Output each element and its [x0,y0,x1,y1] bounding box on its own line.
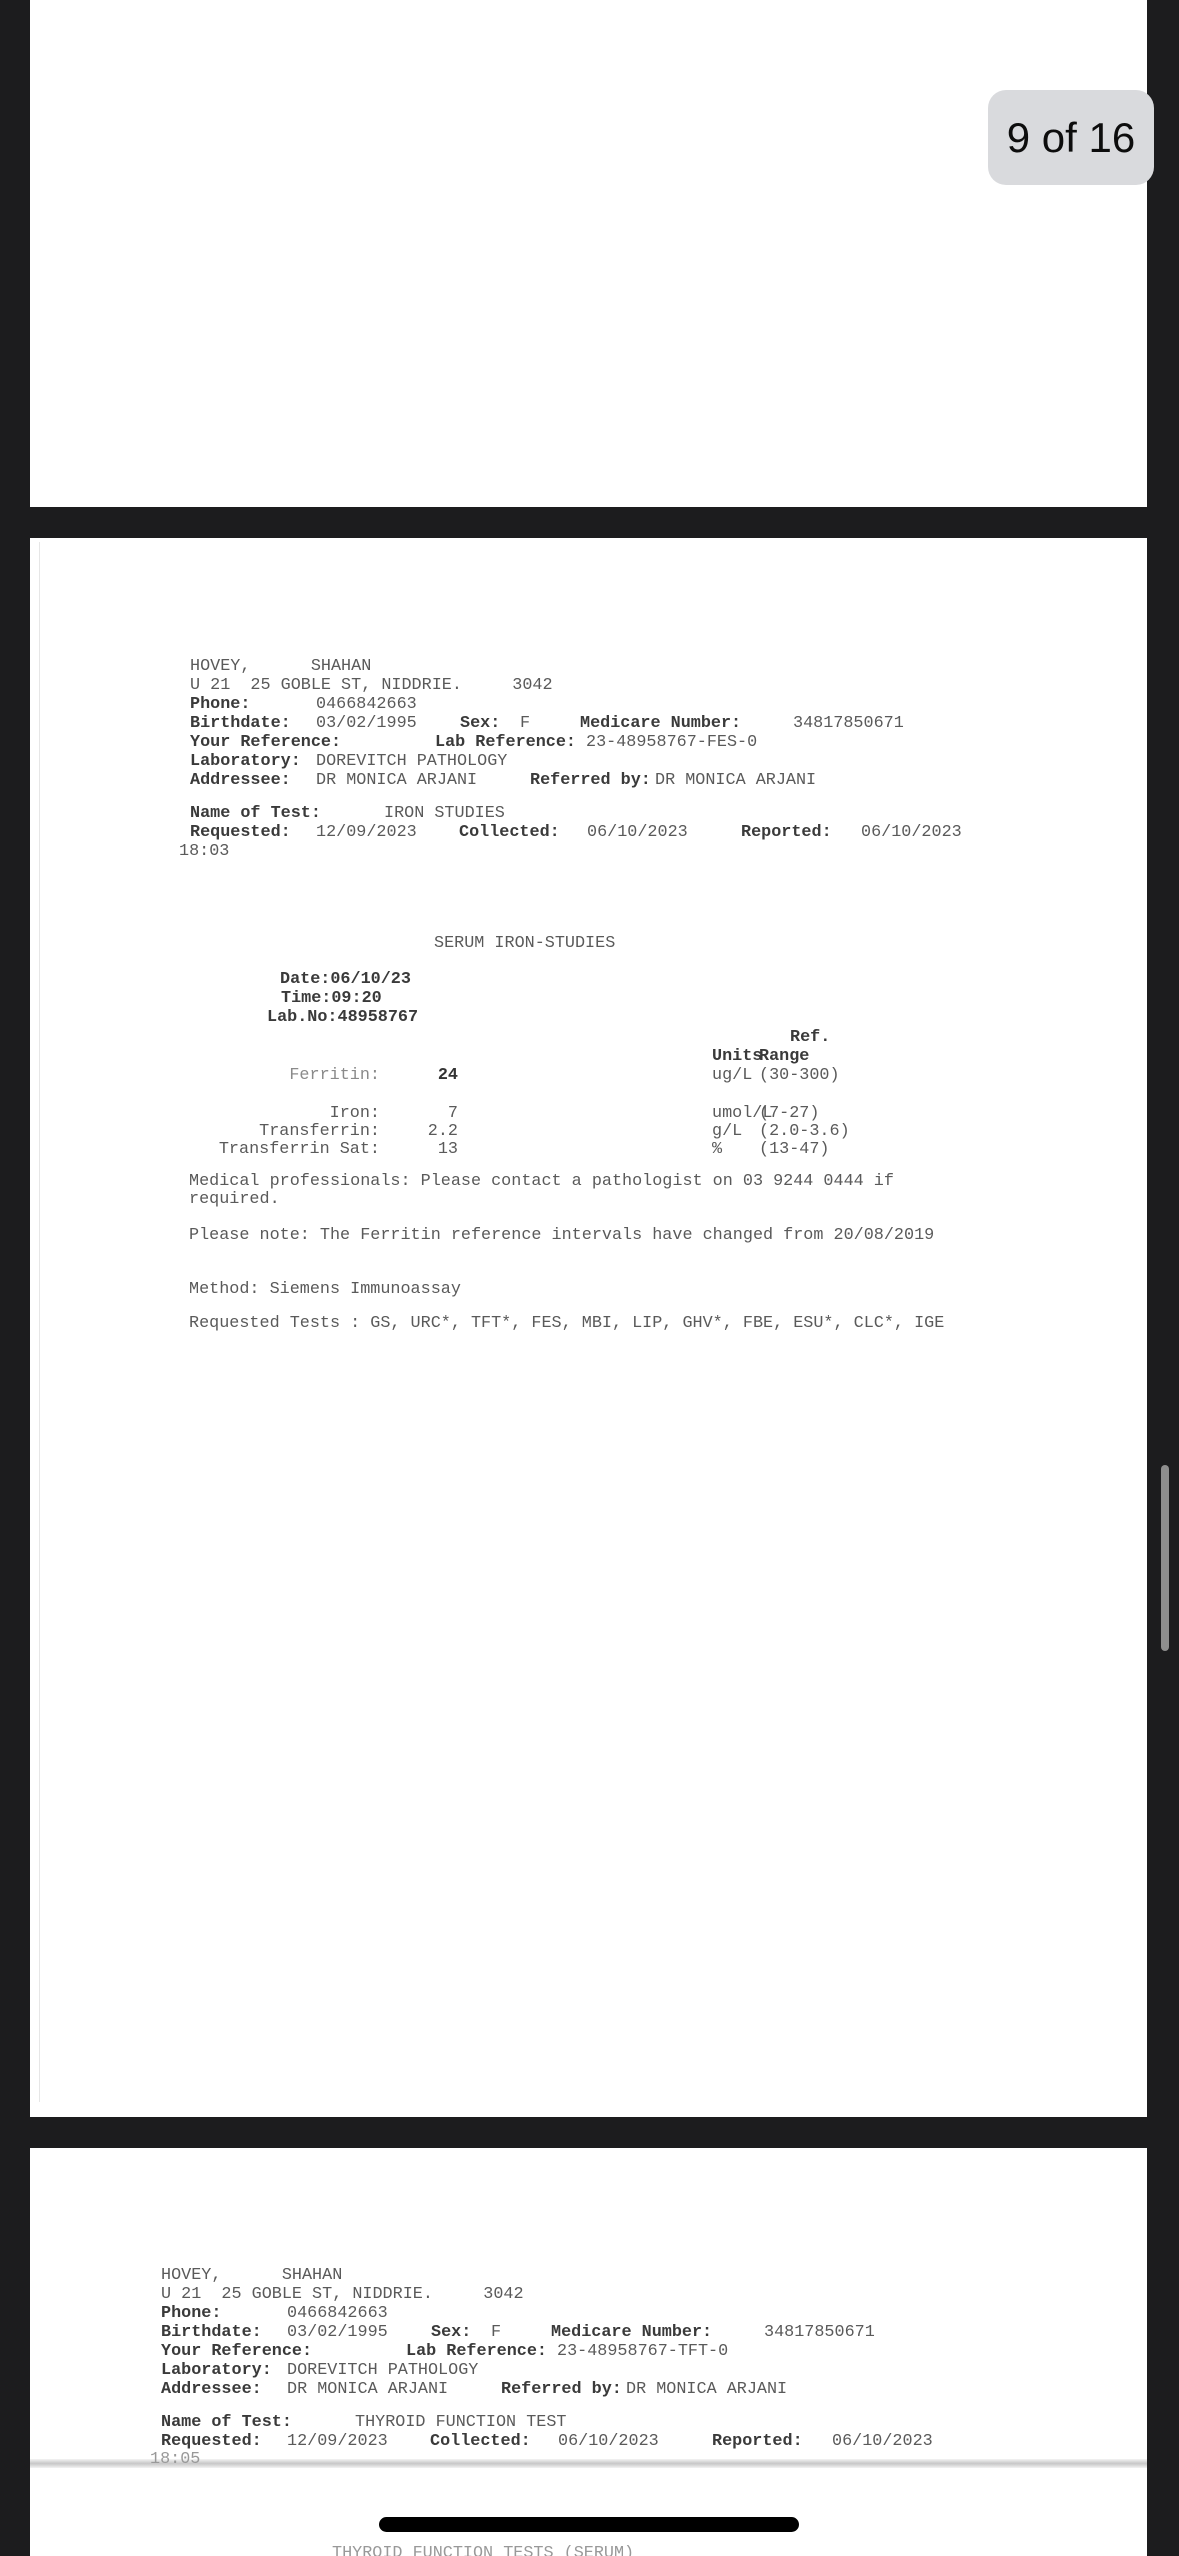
birthdate-label: Birthdate: [161,2323,262,2342]
section-title: SERUM IRON-STUDIES [434,934,615,953]
phone-label: Phone: [161,2304,221,2323]
collected-value: 06/10/2023 [558,2432,659,2451]
reported-label: Reported: [712,2432,803,2451]
collected-label: Collected: [459,823,560,842]
requested-value: 12/09/2023 [287,2432,388,2451]
collected-value: 06/10/2023 [587,823,688,842]
lab-reference-value: 23-48958767-TFT-0 [557,2342,728,2361]
result-range: (30-300) [759,1066,840,1085]
referred-by-label: Referred by: [501,2380,622,2399]
test-name-label: Name of Test: [161,2413,292,2432]
requested-tests-line: Requested Tests : GS, URC*, TFT*, FES, M… [189,1314,944,1333]
result-units: g/L [712,1122,742,1141]
birthdate-value: 03/02/1995 [316,714,417,733]
result-units: ug/L [712,1066,752,1085]
page-indicator: 9 of 16 [988,90,1154,185]
method-line: Method: Siemens Immunoassay [189,1280,461,1299]
result-value: 24 [380,1066,458,1085]
result-range: (2.0-3.6) [759,1122,850,1141]
your-reference-label: Your Reference: [190,733,341,752]
result-name: Transferrin: [180,1122,380,1141]
patient-name: HOVEY, SHAHAN [161,2266,342,2285]
result-value: 7 [380,1104,458,1123]
referred-by-value: DR MONICA ARJANI [626,2380,787,2399]
result-range: (13-47) [759,1140,830,1159]
result-units: % [712,1140,722,1159]
patient-address: U 21 25 GOBLE ST, NIDDRIE. 3042 [190,676,553,695]
ferritin-note: Please note: The Ferritin reference inte… [189,1226,934,1245]
contact-note-line2: required. [189,1190,280,1209]
sex-value: F [520,714,530,733]
result-range: (7-27) [759,1104,819,1123]
sample-date: Date:06/10/23 [280,970,411,989]
lab-reference-label: Lab Reference: [435,733,576,752]
laboratory-value: DOREVITCH PATHOLOGY [316,752,507,771]
medicare-label: Medicare Number: [551,2323,712,2342]
page-edge-line [39,542,40,2102]
sex-label: Sex: [431,2323,471,2342]
sample-time: Time:09:20 [281,989,382,1008]
test-name-label: Name of Test: [190,804,321,823]
result-value: 13 [380,1140,458,1159]
section-title: THYROID FUNCTION TESTS (SERUM) [332,2544,634,2556]
addressee-label: Addressee: [190,771,291,790]
addressee-value: DR MONICA ARJANI [287,2380,448,2399]
sex-label: Sex: [460,714,500,733]
scrollbar-thumb[interactable] [1161,1465,1169,1651]
units-header: Units [712,1047,762,1066]
reported-time: 18:03 [179,842,229,861]
patient-address: U 21 25 GOBLE ST, NIDDRIE. 3042 [161,2285,524,2304]
referred-by-value: DR MONICA ARJANI [655,771,816,790]
result-name: Transferrin Sat: [180,1140,380,1159]
test-name-value: IRON STUDIES [384,804,505,823]
your-reference-label: Your Reference: [161,2342,312,2361]
reported-time: 18:05 [150,2450,200,2469]
lab-reference-label: Lab Reference: [406,2342,547,2361]
pdf-page-previous [30,0,1147,507]
reported-value: 06/10/2023 [861,823,962,842]
requested-label: Requested: [190,823,291,842]
addressee-label: Addressee: [161,2380,262,2399]
result-value: 2.2 [380,1122,458,1141]
laboratory-value: DOREVITCH PATHOLOGY [287,2361,478,2380]
home-indicator[interactable] [379,2517,799,2532]
medicare-value: 34817850671 [793,714,904,733]
laboratory-label: Laboratory: [190,752,301,771]
test-name-value: THYROID FUNCTION TEST [355,2413,566,2432]
range-header: Range [759,1047,809,1066]
pdf-page-iron-studies: HOVEY, SHAHAN U 21 25 GOBLE ST, NIDDRIE.… [30,538,1147,2117]
lab-reference-value: 23-48958767-FES-0 [586,733,757,752]
lab-number: Lab.No:48958767 [267,1008,418,1027]
phone-value: 0466842663 [287,2304,388,2323]
phone-label: Phone: [190,695,250,714]
birthdate-value: 03/02/1995 [287,2323,388,2342]
birthdate-label: Birthdate: [190,714,291,733]
phone-value: 0466842663 [316,695,417,714]
medicare-value: 34817850671 [764,2323,875,2342]
requested-label: Requested: [161,2432,262,2451]
contact-note-line1: Medical professionals: Please contact a … [189,1172,894,1191]
pdf-page-thyroid: HOVEY, SHAHAN U 21 25 GOBLE ST, NIDDRIE.… [30,2148,1147,2556]
referred-by-label: Referred by: [530,771,651,790]
result-name: Iron: [180,1104,380,1123]
patient-name: HOVEY, SHAHAN [190,657,371,676]
reported-value: 06/10/2023 [832,2432,933,2451]
result-name: Ferritin: [230,1066,380,1085]
collected-label: Collected: [430,2432,531,2451]
ref-header: Ref. [790,1028,830,1047]
medicare-label: Medicare Number: [580,714,741,733]
reported-label: Reported: [741,823,832,842]
requested-value: 12/09/2023 [316,823,417,842]
addressee-value: DR MONICA ARJANI [316,771,477,790]
sex-value: F [491,2323,501,2342]
laboratory-label: Laboratory: [161,2361,272,2380]
